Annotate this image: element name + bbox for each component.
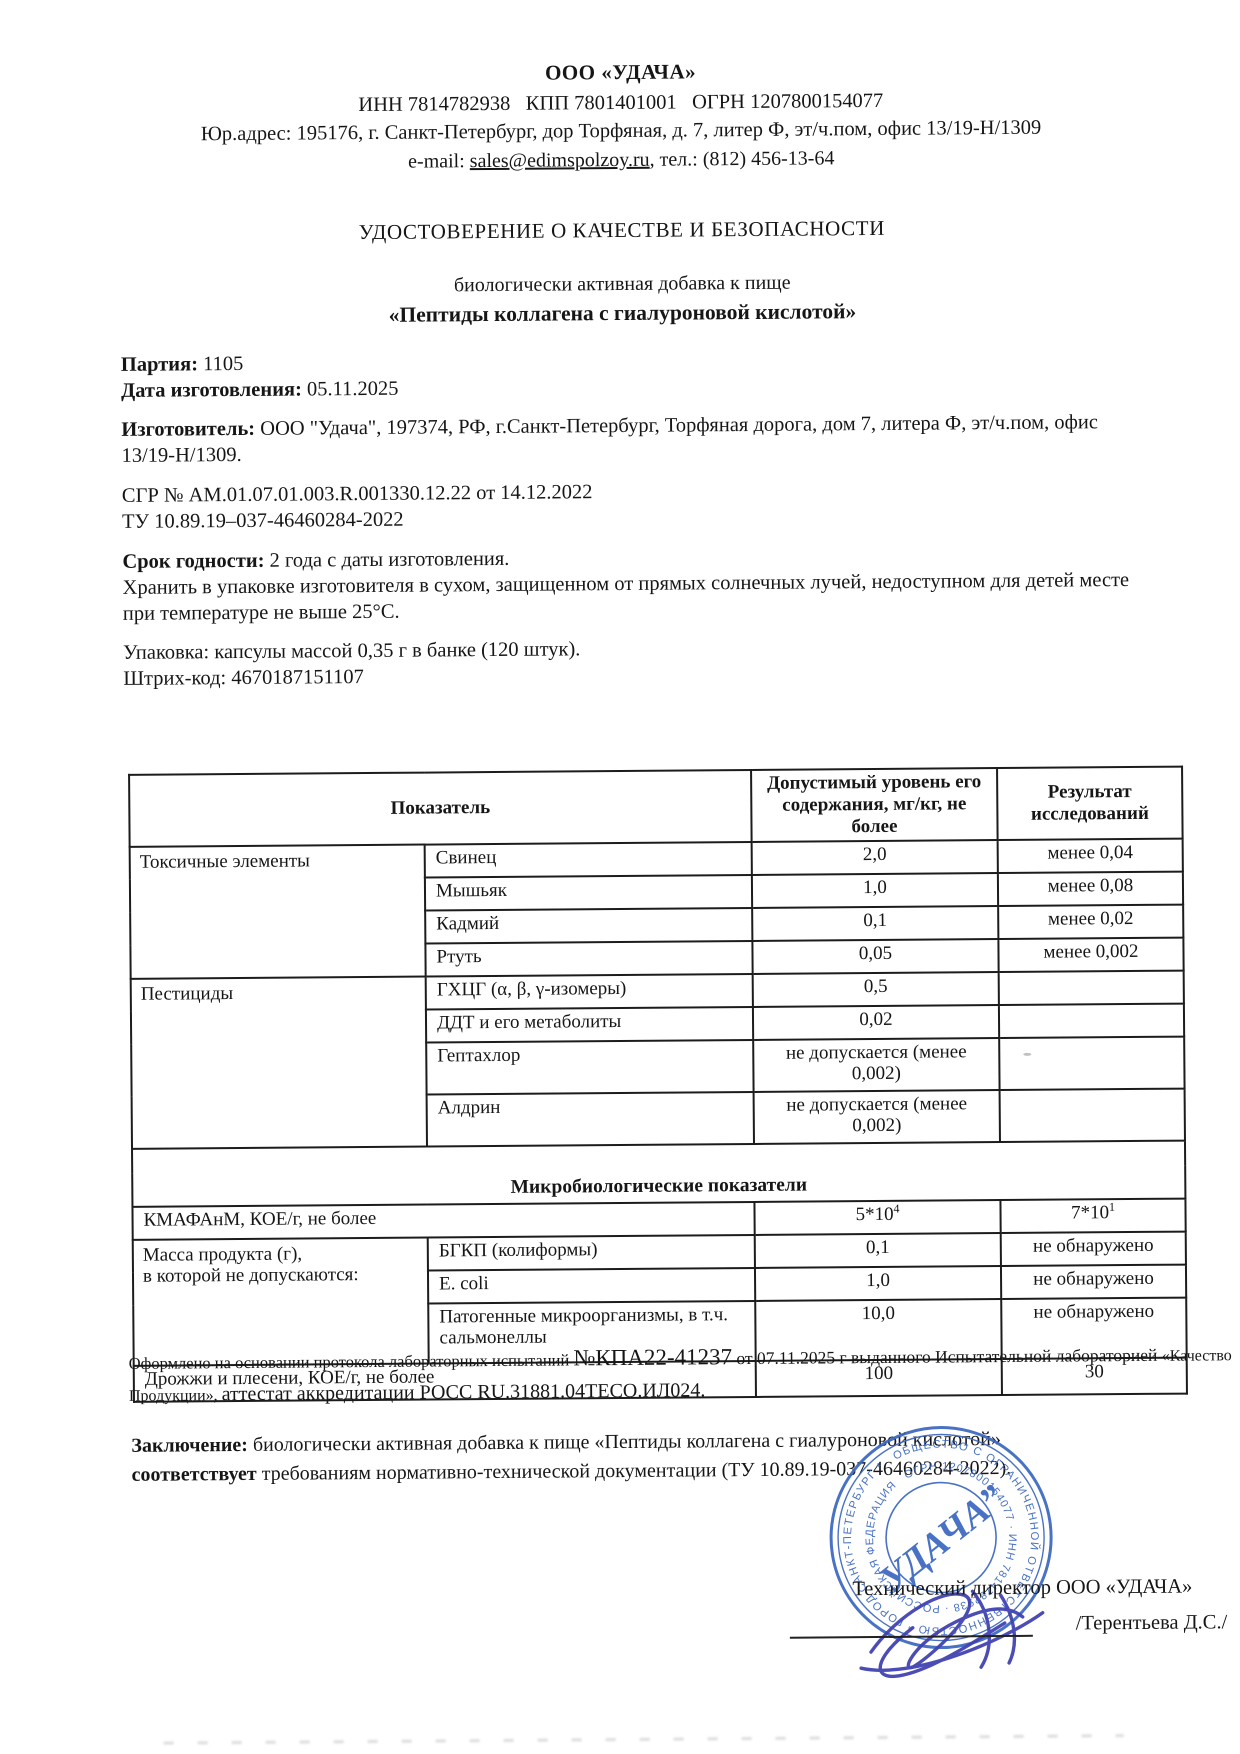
results-table: Показатель Допустимый уровень его содерж… xyxy=(128,766,1188,1403)
shelf-life-label: Срок годности: xyxy=(122,550,264,573)
org-name: ООО «УДАЧА» xyxy=(0,55,1240,90)
protocol-note: Оформлено на основании протокола лаборат… xyxy=(129,1337,1240,1412)
param-level: не допускается (менее 0,002) xyxy=(753,1038,999,1092)
param-result: не обнаружено xyxy=(1001,1265,1186,1299)
param-result: менее 0,02 xyxy=(998,905,1183,939)
col-header-result: Результат исследований xyxy=(997,767,1183,840)
protocol-accreditation: аттестат аккредитации РОСС RU.31881.04ТЕ… xyxy=(222,1379,706,1405)
phone-number: , тел.: (812) 456-13-64 xyxy=(650,147,835,170)
param-level: 0,02 xyxy=(753,1005,999,1040)
conclusion-label: Заключение: xyxy=(131,1434,248,1457)
protocol-number: №КПА22-41237 xyxy=(573,1344,732,1370)
param-result: менее 0,08 xyxy=(998,872,1183,906)
param-result xyxy=(1000,1089,1185,1142)
param-name: Мышьяк xyxy=(425,875,752,911)
date-label: Дата изготовления: xyxy=(121,379,302,402)
org-contacts: e-mail: sales@edimspolzoy.ru, тел.: (812… xyxy=(1,144,1240,177)
param-result xyxy=(999,1037,1184,1090)
org-requisites: ИНН 7814782938 КПП 7801401001 ОГРН 12078… xyxy=(1,87,1240,120)
protocol-date: от 07.11.2025 г выданного Испытательной … xyxy=(732,1345,1162,1368)
col-header-indicator: Показатель xyxy=(129,770,752,847)
certificate-document: ООО «УДАЧА» ИНН 7814782938 КПП 780140100… xyxy=(0,0,1240,1754)
param-name: Ртуть xyxy=(425,941,752,977)
conclusion-emphasis: соответствует xyxy=(131,1463,256,1486)
param-level: 5*104 xyxy=(754,1200,1000,1235)
document-title: УДОСТОВЕРЕНИЕ О КАЧЕСТВЕ И БЕЗОПАСНОСТИ xyxy=(2,213,1240,248)
level-base: 5*10 xyxy=(855,1204,893,1225)
shelf-life-value: 2 года с даты изготовления. xyxy=(264,548,509,572)
param-result: не обнаружено xyxy=(1001,1232,1186,1266)
param-name: Кадмий xyxy=(425,908,752,944)
table-header-row: Показатель Допустимый уровень его содерж… xyxy=(129,767,1183,847)
date-value: 05.11.2025 xyxy=(302,378,399,401)
manufacturer-label: Изготовитель: xyxy=(121,418,255,441)
param-name: Гептахлор xyxy=(426,1040,753,1095)
email-link: sales@edimspolzoy.ru xyxy=(470,149,650,172)
product-details: Партия: 1105 Дата изготовления: 05.11.20… xyxy=(121,344,1144,692)
param-level: 0,1 xyxy=(755,1233,1001,1268)
level-exponent: 4 xyxy=(893,1202,899,1216)
email-label: e-mail: xyxy=(408,150,470,172)
param-level: 2,0 xyxy=(752,840,998,875)
param-result xyxy=(999,1004,1184,1038)
group-pesticides: Пестициды xyxy=(131,977,427,1149)
manufacturer-line: Изготовитель: ООО "Удача", 197374, РФ, г… xyxy=(121,409,1141,469)
param-result: менее 0,04 xyxy=(998,839,1183,873)
signatory-name: /Терентьева Д.С./ xyxy=(1076,1611,1228,1635)
param-name: E. coli xyxy=(428,1268,755,1304)
protocol-text: Оформлено на основании протокола лаборат… xyxy=(129,1350,574,1372)
param-name: КМАФАнМ, КОЕ/г, не более xyxy=(132,1202,754,1240)
param-result xyxy=(999,971,1184,1005)
param-name: ГХЦГ (α, β, γ-изомеры) xyxy=(426,974,753,1010)
group-toxic-elements: Токсичные элементы xyxy=(130,845,426,979)
param-level: 1,0 xyxy=(755,1266,1001,1301)
org-address: Юр.адрес: 195176, г. Санкт-Петербург, до… xyxy=(1,115,1240,148)
param-result: 7*101 xyxy=(1000,1199,1185,1233)
product-name: «Пептиды коллагена с гиалуроновой кислот… xyxy=(2,296,1240,331)
param-level: 1,0 xyxy=(752,873,998,908)
signatory-role: Технический директор ООО «УДАЧА» xyxy=(852,1576,1192,1602)
batch-value: 1105 xyxy=(198,353,244,375)
col-header-level: Допустимый уровень его содержания, мг/кг… xyxy=(751,768,998,842)
result-exponent: 1 xyxy=(1109,1200,1115,1214)
param-name: БГКП (колиформы) xyxy=(428,1235,755,1271)
storage-line: Хранить в упаковке изготовителя в сухом,… xyxy=(123,567,1143,627)
scan-artifact xyxy=(164,1734,1124,1745)
param-level: 0,05 xyxy=(752,939,998,974)
param-name: Свинец xyxy=(425,842,752,878)
manufacturer-value: ООО "Удача", 197374, РФ, г.Санкт-Петербу… xyxy=(121,411,1098,467)
batch-label: Партия: xyxy=(121,353,198,376)
group-line-1: Масса продукта (г), xyxy=(143,1244,302,1266)
param-result: менее 0,002 xyxy=(998,938,1183,972)
param-name: Алдрин xyxy=(427,1092,754,1147)
param-level: не допускается (менее 0,002) xyxy=(754,1090,1000,1144)
result-base: 7*10 xyxy=(1071,1202,1109,1223)
document-subtitle: биологически активная добавка к пище xyxy=(2,268,1240,301)
param-level: 0,1 xyxy=(752,906,998,941)
param-name: ДДТ и его метаболиты xyxy=(426,1007,753,1043)
param-level: 0,5 xyxy=(753,972,999,1007)
group-line-2: в которой не допускаются: xyxy=(143,1264,359,1287)
